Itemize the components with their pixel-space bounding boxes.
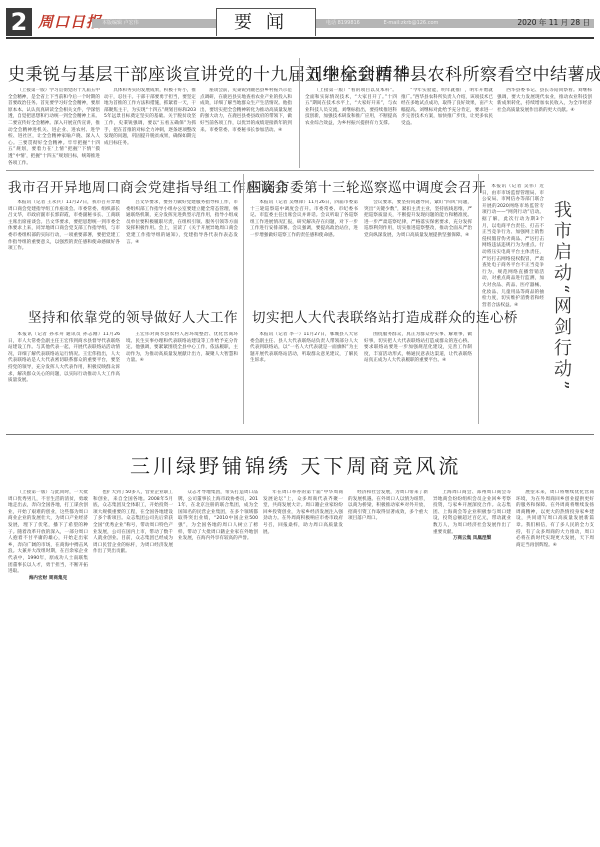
article-mid-left-col1: 本报讯（记者 王永兵）11月27日，我市召开异地周口商会党建指导组工作座谈会。市… <box>8 200 120 298</box>
article-lower-left-col2: 王宏伟对商水县农村人居环境整治、优化营商环境、民生实事办理和代表联络站建设等工作… <box>126 332 238 422</box>
article-mid-center-col1: 本报讯（记者 吴继锋）11月26日，四届市委第十三轮巡察巡中调度会召开。市委常委… <box>250 200 358 298</box>
article-top-left-col3: 座谈会前，史秉锐到鹿邑县乡村振兴示范点调研，在鹿邑县实地查看农业产业的投入和成效… <box>200 88 292 166</box>
column-divider <box>478 174 479 424</box>
column-divider <box>299 58 300 168</box>
headline-mid-left[interactable]: 我市召开异地周口商会党建指导组工作座谈会 <box>8 176 288 196</box>
email-text: E-mail:zkrb@126.com <box>383 20 438 26</box>
feature-col7: 展望未来，周口将继续优化营商环境，为在外周商回乡创业提供更好的服务和保障。在外周… <box>516 490 594 840</box>
section-title: 要闻 <box>216 8 316 36</box>
article-lower-left-col1: 本报讯（记者 孙永舟 通讯员 孙志刚）11月26日，市人大常委会副主任王宏伟到商… <box>8 332 120 422</box>
article-top-left-col1: （上接第一版）学习贯彻党的十九届五中全会精神，是全省上下当前和今后一个时期的首要… <box>8 88 100 166</box>
article-top-right-col2: “今年实验能，明年就推广，明年开始就推广。”西华县农科所负责人介绍，该项技术已经… <box>401 88 493 166</box>
article-lower-center-col2: 围绕服务群众，真正为群众办实事、解难事，做好事，切实把人大代表联络站打造成群众的… <box>364 332 472 422</box>
feature-col6: 上海周口商会、郑州周口商会等异地商会纷纷组织会员企业回乡考察投资，与家乡开展深度… <box>433 490 511 840</box>
column-divider <box>243 174 244 424</box>
editor-bar: 本版编辑 卢宏伟 <box>92 19 218 28</box>
feature-col2: 也扩大到了50多人，营业企业职工和创业，来自全国各地。2008年5月底，众志集团… <box>93 490 173 840</box>
article-lower-center-col1: 本报讯（记者 李一）11月27日，郸城县人大常委会副主任、县人大代表联络站负责人… <box>250 332 358 422</box>
page-number: 2 <box>6 8 32 36</box>
headline-feature[interactable]: 三川绿野铺锦绣 天下周商竞风流 <box>130 450 461 479</box>
feature-col3: 众志才导地集团，带头打造周口品牌，公司董事长上海市政协委员，2011年，在北京注… <box>178 490 258 840</box>
feature-subhead: 万商云集 凤凰涅槃 <box>433 536 511 543</box>
masthead-rule <box>6 37 594 39</box>
headline-lower-left[interactable]: 坚持和依靠党的领导做好人大工作 <box>28 306 238 326</box>
article-right-sidebar: 本报讯（记者 吴伟）近日，由市市场监督管理局、市公安局、市网信办等部门联合开展的… <box>482 184 544 420</box>
article-mid-center-col2: 会议要求，要坚持问题导向，紧盯“四风”问题，突出“关键少数”，紧扣主责主业，坚持… <box>364 200 472 298</box>
headline-right-sidebar[interactable]: 我市启动“网剑行动” <box>548 200 574 392</box>
article-mid-left-col2: 吕文华要求，要努力做好党建服务指导和工作，市委组织部工作指导小组办公室要建立健全… <box>126 200 238 298</box>
masthead: 2 周口日报 本版编辑 卢宏伟 电话 8199816 E-mail:zkrb@1… <box>6 8 594 36</box>
section-divider <box>6 170 594 171</box>
headline-lower-center[interactable]: 切实把人大代表联络站打造成群众的连心桥 <box>252 306 518 326</box>
editor-credit: 本版编辑 卢宏伟 <box>102 20 139 26</box>
feature-col1: （上接第一版）与此同时，一大批周口优秀男儿，不甘生活的清贫，勇敢地走出去，奔向全… <box>8 490 88 840</box>
article-top-left-col2: 具体和务实的发展成果，积极干好小，推动干，忍住干。干部干部要勇于担当，要坚定地为… <box>104 88 196 166</box>
feature-subhead: 海内宏财 周商集克 <box>8 576 88 583</box>
feature-col4: 年在周口举办的第十届“中华周商发展论坛”上，众多周商代表齐聚一堂，共商发展大计。… <box>263 490 343 840</box>
article-top-right-col1: （上接第一版）“看的项目以及本科”。全面和实际情况技术，“大家目开了。”十四五”… <box>305 88 397 166</box>
article-top-right-col3: 西华县委书记、县长等陪同察看。刘继标强调，要大力发展现代农业，推动农业科技创新成… <box>497 88 592 166</box>
headline-mid-center[interactable]: 四届市委第十三轮巡察巡中调度会召开 <box>248 176 486 196</box>
feature-col5: 经济和社会发展，为周口带来了新的发展机遇。在外周口人以情为纽带，以商为桥梁，积极… <box>348 490 428 840</box>
section-divider <box>6 434 594 435</box>
phone-text: 电话 8199816 <box>326 20 360 26</box>
headline-top-right[interactable]: 刘继标到西华县农科所察看空中结薯成果 <box>305 60 600 85</box>
issue-date: 2020 年 11 月 28 日 <box>517 17 590 28</box>
